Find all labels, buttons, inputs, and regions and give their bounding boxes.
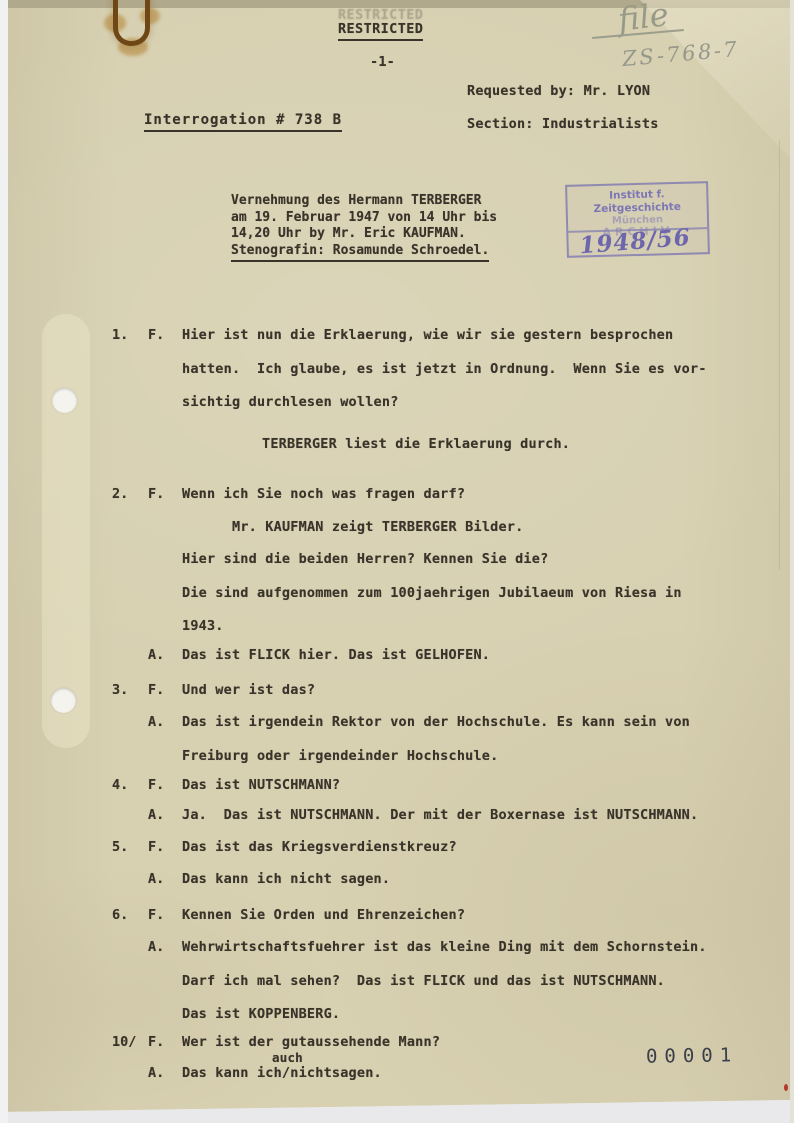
interrogation-title: Interrogation # 738 B — [144, 113, 342, 127]
qa-speaker: A. — [148, 648, 182, 662]
requested-by-line: Requested by: Mr. LYON — [467, 84, 650, 98]
qa-speaker: A. — [148, 1066, 182, 1080]
qa-continuation: Hier sind die beiden Herren? Kennen Sie … — [182, 552, 682, 653]
qa-entry: A. Das ist irgendein Rektor von der Hoch… — [112, 715, 690, 782]
qa-number: 4. — [112, 778, 148, 792]
qa-number: 6. — [112, 908, 148, 922]
punch-hole — [51, 688, 76, 713]
classification-ghost: RESTRICTED — [338, 8, 423, 22]
qa-speaker: F. — [148, 1035, 182, 1049]
qa-line: Wenn ich Sie noch was fragen darf? — [182, 487, 465, 521]
qa-entry: A. Ja. Das ist NUTSCHMANN. Der mit der B… — [112, 808, 698, 842]
intro-line: am 19. Februar 1947 von 14 Uhr bis — [231, 210, 497, 227]
intro-line: Vernehmung des Hermann TERBERGER — [231, 193, 497, 210]
qa-entry: 5. F. Das ist das Kriegsverdienstkreuz? — [112, 840, 457, 874]
stage-direction: TERBERGER liest die Erklaerung durch. — [262, 437, 570, 451]
qa-entry: 1. F. Hier ist nun die Erklaerung, wie w… — [112, 328, 707, 429]
qa-line: Das ist das Kriegsverdienstkreuz? — [182, 840, 457, 874]
qa-line: Hier sind die beiden Herren? Kennen Sie … — [182, 552, 682, 586]
qa-line: Darf ich mal sehen? Das ist FLICK und da… — [182, 974, 707, 1008]
paper-clip-mark — [113, 0, 150, 46]
qa-number: 5. — [112, 840, 148, 854]
qa-entry: 6. F. Kennen Sie Orden und Ehrenzeichen? — [112, 908, 465, 942]
qa-line: Das kann ich/nichtsagen. — [182, 1066, 382, 1082]
page-number: -1- — [370, 55, 395, 69]
qa-entry: 10/ F. Wer ist der gutaussehende Mann? — [112, 1035, 440, 1051]
qa-number: 3. — [112, 683, 148, 697]
qa-number: 10/ — [112, 1035, 148, 1049]
qa-entry: A. Wehrwirtschaftsfuehrer ist das kleine… — [112, 940, 707, 1041]
paper-clip-stain — [104, 0, 164, 64]
qa-speaker: A. — [148, 808, 182, 822]
qa-line: Wer ist der gutaussehende Mann? — [182, 1035, 440, 1051]
qa-entry: A. Das kann ich/nichtsagen. — [112, 1066, 382, 1082]
qa-entry: 3. F. Und wer ist das? — [112, 683, 315, 717]
qa-line: Ja. Das ist NUTSCHMANN. Der mit der Boxe… — [182, 808, 698, 842]
scan-right-edge — [790, 0, 794, 1123]
qa-entry: 2. F. Wenn ich Sie noch was fragen darf? — [112, 487, 465, 521]
qa-line: Hier ist nun die Erklaerung, wie wir sie… — [182, 328, 707, 362]
stamp-institute-line: Institut f. Zeitgeschichte — [567, 187, 707, 217]
qa-speaker: A. — [148, 715, 182, 729]
interlined-insertion: auch — [272, 1051, 303, 1065]
qa-line: sichtig durchlesen wollen? — [182, 395, 707, 429]
qa-speaker: F. — [148, 683, 182, 697]
scan-left-edge — [0, 0, 8, 1123]
section-line: Section: Industrialists — [467, 117, 659, 131]
qa-speaker: F. — [148, 778, 182, 792]
qa-line: Die sind aufgenommen zum 100jaehrigen Ju… — [182, 586, 682, 620]
qa-speaker: F. — [148, 840, 182, 854]
ink-speck — [784, 1084, 788, 1091]
qa-entry: A. Das ist FLICK hier. Das ist GELHOFEN. — [112, 648, 490, 682]
filing-strip — [42, 314, 90, 748]
qa-line: Das ist irgendein Rektor von der Hochsch… — [182, 715, 690, 749]
punch-hole — [52, 388, 77, 413]
qa-line: Wehrwirtschaftsfuehrer ist das kleine Di… — [182, 940, 707, 974]
qa-speaker: A. — [148, 872, 182, 886]
archive-stamp: Institut f. Zeitgeschichte München ARCHI… — [565, 181, 710, 258]
stage-direction: Mr. KAUFMAN zeigt TERBERGER Bilder. — [232, 520, 523, 534]
interrogation-intro-block: Vernehmung des Hermann TERBERGER am 19. … — [231, 193, 497, 262]
qa-line: hatten. Ich glaube, es ist jetzt in Ordn… — [182, 362, 707, 396]
qa-speaker: F. — [148, 908, 182, 922]
qa-line: Das kann ich nicht sagen. — [182, 872, 390, 906]
qa-entry: A. Das kann ich nicht sagen. — [112, 872, 390, 906]
qa-speaker: F. — [148, 487, 182, 501]
intro-line: Stenografin: Rosamunde Schroedel. — [231, 243, 497, 263]
classification-header: RESTRICTED — [338, 22, 423, 36]
qa-line: Das ist FLICK hier. Das ist GELHOFEN. — [182, 648, 490, 682]
paper-crease — [779, 140, 780, 570]
intro-line: 14,20 Uhr by Mr. Eric KAUFMAN. — [231, 226, 497, 243]
scanned-document-screenshot: { "colors": { "paper": "#d7d0b1", "ink":… — [0, 0, 794, 1123]
qa-line: Kennen Sie Orden und Ehrenzeichen? — [182, 908, 465, 942]
page-stamp-number: 00001 — [646, 1045, 739, 1067]
qa-speaker: F. — [148, 328, 182, 342]
qa-speaker: A. — [148, 940, 182, 954]
qa-number: 1. — [112, 328, 148, 342]
qa-number: 2. — [112, 487, 148, 501]
qa-line: Und wer ist das? — [182, 683, 315, 717]
